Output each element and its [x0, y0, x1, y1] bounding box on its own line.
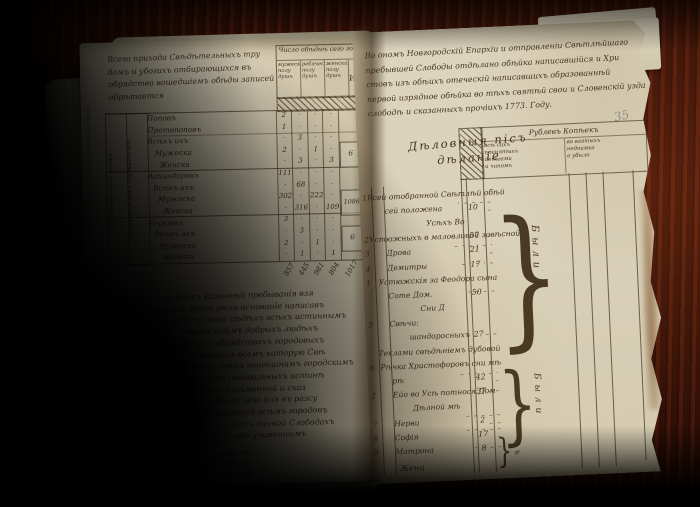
- amount-value: 27: [466, 329, 492, 339]
- column-sums: 857445981804: [282, 264, 342, 273]
- amount-value: 37: [468, 386, 494, 396]
- row-number: 2: [368, 391, 393, 401]
- amount-value: 10: [460, 202, 486, 212]
- count-cell: 3: [292, 156, 308, 168]
- value-row: [463, 270, 490, 285]
- row-label: Женска: [150, 250, 279, 262]
- count-cell: ·: [309, 225, 325, 237]
- row-number: [365, 310, 390, 311]
- row-number: [366, 338, 391, 339]
- count-cell: 3: [292, 133, 308, 145]
- amount-value: 2: [469, 414, 495, 424]
- left-page: Объ ономъ свидѣтельныхъ денегъ взятыхъ п…: [79, 37, 388, 487]
- count-cell: ·: [307, 109, 323, 121]
- value-row: 57: [461, 228, 488, 243]
- count-cell: ·: [324, 213, 340, 225]
- total-cell: [338, 120, 359, 132]
- row-number: 6: [367, 363, 381, 373]
- row-number: 4: [362, 263, 387, 273]
- value-row: 10: [460, 199, 487, 214]
- curly-brace: }: [490, 200, 565, 355]
- amount-value: 21: [462, 244, 488, 254]
- value-row: 37: [468, 383, 495, 398]
- column-rule: [568, 173, 582, 468]
- left-header-paragraph: Всего прихода Свѣдѣтельныхъ трубомъ и уб…: [107, 48, 277, 104]
- row-number: [361, 225, 386, 226]
- count-cell: ·: [325, 236, 341, 248]
- count-cell: 1: [294, 249, 310, 261]
- right-header-paragraph: Во ономъ Новгородскій Епархіи и отправле…: [364, 35, 643, 122]
- amount-value: [464, 306, 490, 307]
- money-subheader-right: во взятыхънедоимкаа убыло: [564, 135, 647, 174]
- row-number: [369, 409, 394, 410]
- count-cell: ·: [308, 167, 324, 179]
- count-cell: ·: [322, 109, 338, 121]
- amount-value: [466, 348, 492, 349]
- margin-note: Объ ономъ свидѣтельныхъ денегъ взятыхъ: [84, 91, 95, 261]
- count-cell: ·: [293, 191, 309, 203]
- amount-value: [461, 221, 487, 222]
- amount-value: 42: [467, 372, 493, 382]
- count-cell: 2: [278, 237, 294, 249]
- amount-value: 17: [462, 259, 488, 269]
- sum-value: 804: [327, 259, 342, 276]
- sub-header-group: мужеска полу душъребяческа полу душъженс…: [277, 60, 350, 99]
- value-row: 27: [465, 327, 492, 342]
- count-cell: 222: [308, 190, 324, 202]
- count-cell: ·: [291, 121, 307, 133]
- signatures-block: ПриложилъАриложилъПриложилъ: [195, 447, 251, 481]
- body-paragraph: Сей Свѣдомости всемъ казеннѣй пребыванія…: [98, 285, 389, 446]
- value-row: 17: [462, 256, 489, 271]
- count-cell: 316: [293, 202, 309, 214]
- count-cell: 3: [323, 155, 339, 167]
- brace-label: Были: [529, 225, 542, 274]
- value-row: [469, 398, 496, 413]
- count-cell: ·: [307, 121, 323, 133]
- count-cell: ·: [323, 144, 339, 156]
- value-row: 2: [469, 412, 496, 427]
- count-cell: ·: [278, 226, 294, 238]
- right-page: Во ономъ Новгородскій Епархіи и отправле…: [352, 20, 668, 485]
- signature-line: Приложилъ: [197, 468, 252, 482]
- row-number: 8: [370, 433, 395, 443]
- value-row: 50: [463, 284, 490, 299]
- count-cell: ·: [322, 120, 338, 132]
- count-cell: ·: [277, 179, 293, 191]
- sum-value: 445: [297, 260, 312, 277]
- column-rule: [602, 172, 616, 467]
- sub-column-header: мужеска полу душъ: [277, 61, 302, 99]
- count-cell: ·: [277, 203, 293, 215]
- brace-label: съ: [513, 440, 523, 460]
- amount-value: [469, 405, 495, 406]
- amount-value: 8: [471, 443, 497, 453]
- row-number: [368, 381, 393, 382]
- count-cell: ·: [325, 225, 341, 237]
- column-rule: [585, 172, 599, 467]
- amount-value: [465, 320, 491, 321]
- count-cell: ·: [309, 202, 325, 214]
- amount-value: [467, 362, 493, 363]
- row-number: [364, 296, 389, 297]
- sum-value: 981: [312, 260, 327, 277]
- money-column-header: Рублевъ Копѣекъ всѣ сихъпринятыхъденьгам…: [480, 120, 648, 179]
- value-row: 8: [471, 440, 498, 455]
- count-cell: 1: [309, 237, 325, 249]
- amount-value: [459, 192, 485, 193]
- row-number: [366, 353, 378, 354]
- value-row: 42: [467, 369, 494, 384]
- footer-word: Жена: [399, 462, 424, 473]
- value-row: [459, 185, 486, 200]
- value-row: 21: [462, 242, 489, 257]
- total-cell: [339, 166, 360, 178]
- sub-column-header: ребяческа полу душъ: [301, 60, 326, 98]
- amount-value: 57: [461, 230, 487, 240]
- count-cell: 109: [324, 202, 340, 214]
- curly-brace: }: [496, 434, 513, 469]
- count-cell: ·: [292, 144, 308, 156]
- photo-of-open-manuscript-book: Объ ономъ свидѣтельныхъ денегъ взятыхъ п…: [0, 0, 700, 507]
- value-row: [464, 298, 491, 313]
- value-row: [466, 341, 493, 356]
- count-cell: ·: [324, 178, 340, 190]
- count-cell: ·: [294, 237, 310, 249]
- sum-value: 857: [282, 260, 297, 277]
- count-cell: ·: [310, 248, 326, 260]
- total-value: 1086: [342, 190, 362, 214]
- amount-value: [463, 277, 489, 278]
- count-cell: 1: [325, 248, 341, 260]
- row-number: 7: [369, 419, 394, 429]
- amount-value: 17: [470, 429, 496, 439]
- value-row: [465, 313, 492, 328]
- count-cell: 68: [292, 179, 308, 191]
- value-row: [460, 213, 487, 228]
- count-cell: ·: [276, 133, 292, 145]
- count-cell: ·: [293, 214, 309, 226]
- amount-value: 50: [464, 287, 490, 297]
- count-cell: ·: [324, 190, 340, 202]
- count-cell: 1: [307, 144, 323, 156]
- row-number: 3: [362, 249, 387, 259]
- count-cell: ·: [307, 132, 323, 144]
- count-cell: 3: [278, 214, 294, 226]
- count-cell: ·: [291, 109, 307, 121]
- row-number: 9: [371, 447, 396, 457]
- row-number: [360, 211, 385, 212]
- count-cell: 302: [277, 191, 293, 203]
- total-cell: [339, 178, 360, 190]
- count-cell: ·: [292, 167, 308, 179]
- total-value: 6: [342, 226, 362, 250]
- count-cell: ·: [278, 249, 294, 261]
- count-cell: 111: [277, 168, 293, 180]
- row-number: 3: [365, 320, 390, 330]
- count-cell: ·: [308, 155, 324, 167]
- count-cell: 1: [276, 121, 292, 133]
- count-cell: 3: [293, 225, 309, 237]
- row-number: 1: [363, 278, 379, 288]
- count-cell: 2: [276, 145, 292, 157]
- count-cell: ·: [309, 213, 325, 225]
- count-cell: ·: [323, 167, 339, 179]
- count-cell: 2: [275, 110, 291, 122]
- count-cell: ·: [323, 132, 339, 144]
- value-row: [467, 355, 494, 370]
- value-row: 17: [470, 426, 497, 441]
- sub-column-header: женска полу душъ: [325, 60, 350, 98]
- money-subheader-left: всѣ сихъпринятыхъденьгамии чиномъ: [482, 138, 566, 177]
- count-cell: ·: [308, 179, 324, 191]
- count-cell: ·: [276, 156, 292, 168]
- brace-label: Были: [532, 373, 544, 419]
- side-label: Монастырскихъ служителей: [125, 114, 150, 265]
